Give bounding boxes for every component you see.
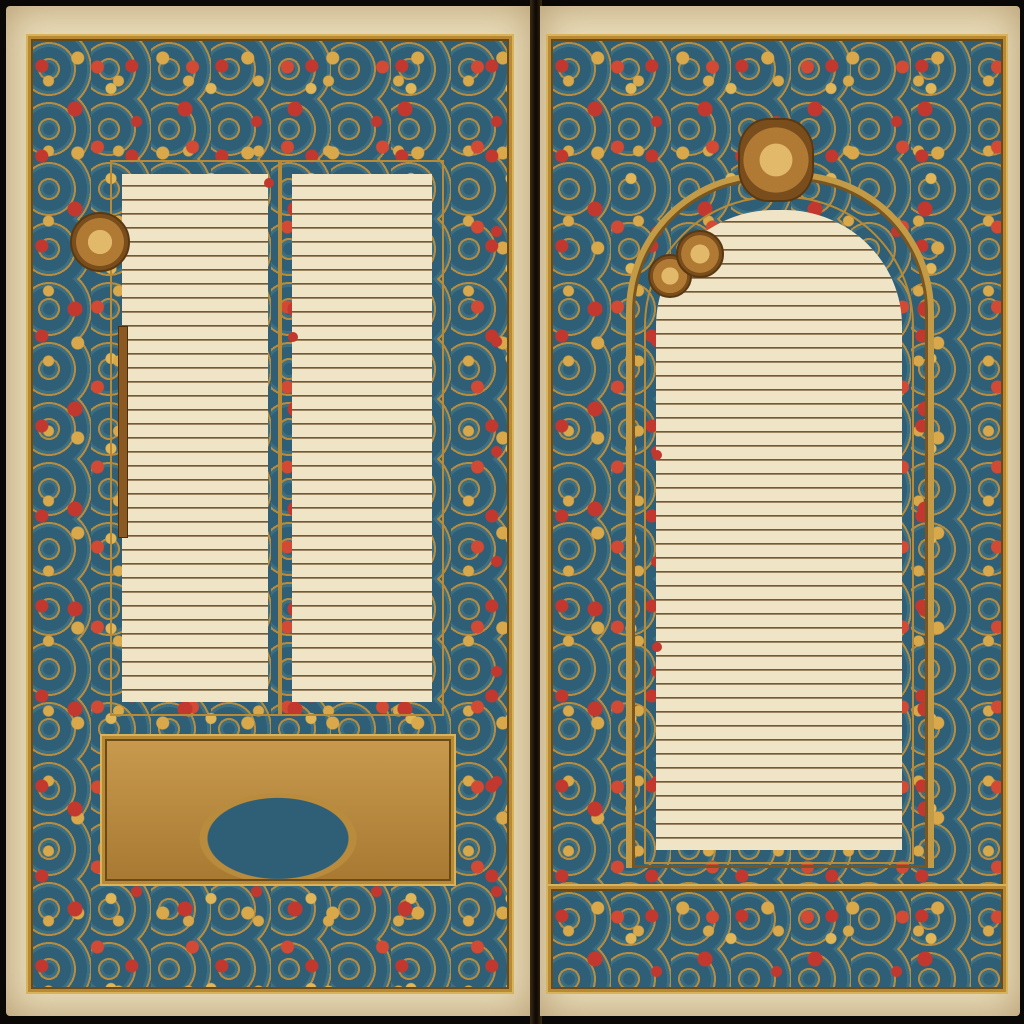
left-text-column-2: [280, 160, 444, 716]
manuscript-spread: [0, 0, 1024, 1024]
left-page: [6, 6, 532, 1016]
right-page: [540, 6, 1020, 1016]
rubric-dot-icon: [652, 642, 662, 652]
right-small-medallion-icon: [676, 230, 724, 278]
left-medallion-icon: [70, 212, 130, 272]
left-text-column-1: [110, 160, 280, 716]
rubric-dot-icon: [264, 178, 274, 188]
right-bottom-band: [548, 886, 1006, 992]
left-clasp-icon: [118, 326, 128, 538]
left-bottom-cartouche: [102, 736, 454, 884]
right-top-medallion-icon: [738, 118, 814, 202]
rubric-dot-icon: [288, 332, 298, 342]
rubric-dot-icon: [652, 450, 662, 460]
